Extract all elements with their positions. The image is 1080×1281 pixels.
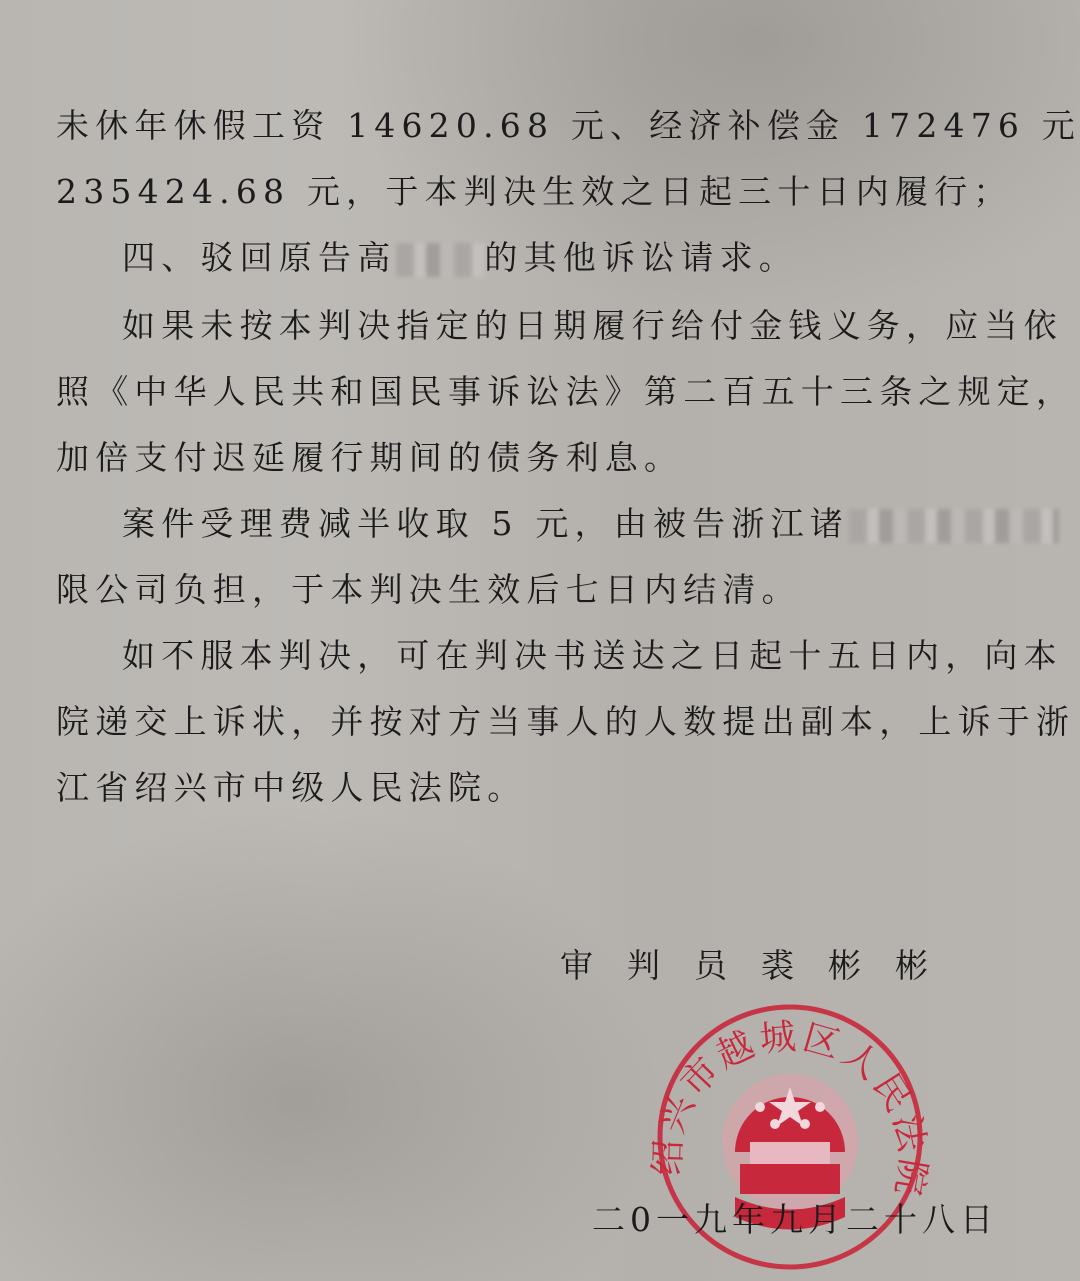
judge-signature: 审判员裘彬彬 <box>560 946 962 986</box>
text-line-appeal-2: 院递交上诉状，并按对方当事人的人数提出副本，上诉于浙 <box>56 702 1075 742</box>
text-line-appeal-3: 江省绍兴市中级人民法院。 <box>56 768 526 808</box>
text-line-dismiss-claims: 四、驳回原告高的其他诉讼请求。 <box>122 238 798 278</box>
redacted-plaintiff-name <box>396 243 484 277</box>
case-fee-text: 案件受理费减半收取 5 元，由被告浙江诸 <box>122 504 849 543</box>
judgment-page: 未休年休假工资 14620.68 元、经济补偿金 172476 元，合计 235… <box>0 0 1080 1281</box>
redacted-company-name <box>849 509 1059 543</box>
text-line-default-interest-3: 加倍支付迟延履行期间的债务利息。 <box>56 438 683 478</box>
text-line-default-interest-1: 如果未按本判决指定的日期履行给付金钱义务，应当依 <box>122 306 1063 346</box>
text-line-appeal-1: 如不服本判决，可在判决书送达之日起十五日内，向本 <box>122 636 1063 676</box>
text-line-case-fee: 案件受理费减半收取 5 元，由被告浙江诸 <box>122 504 1059 544</box>
text-line-fee-bearer: 限公司负担，于本判决生效后七日内结清。 <box>56 570 801 610</box>
dismiss-claims-prefix: 四、驳回原告高 <box>122 238 396 277</box>
dismiss-claims-suffix: 的其他诉讼请求。 <box>484 238 798 277</box>
text-line-total: 235424.68 元，于本判决生效之日起三十日内履行； <box>56 172 1013 212</box>
judgment-date: 二0一九年九月二十八日 <box>592 1200 998 1240</box>
text-line-amounts: 未休年休假工资 14620.68 元、经济补偿金 172476 元，合计 <box>56 106 1080 146</box>
text-line-default-interest-2: 照《中华人民共和国民事诉讼法》第二百五十三条之规定， <box>56 372 1075 412</box>
